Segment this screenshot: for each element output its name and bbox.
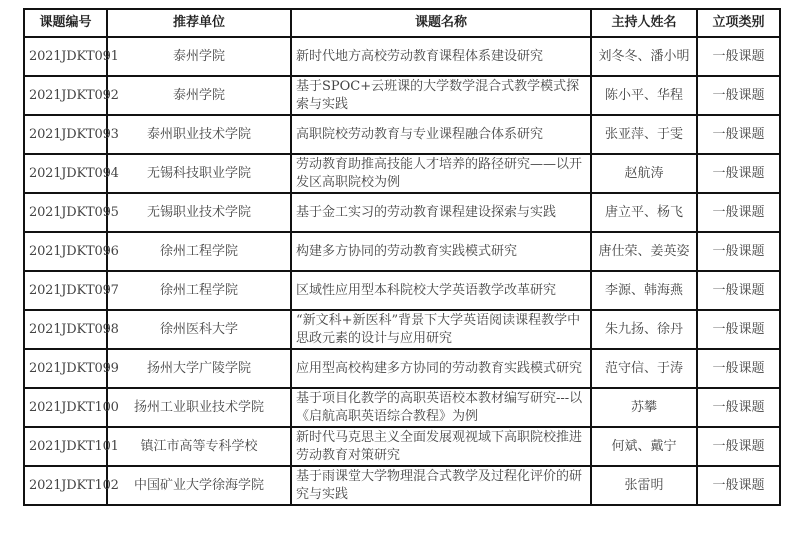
- table-row: 2021JDKT099 扬州大学广陵学院 应用型高校构建多方协同的劳动教育实践模…: [24, 349, 780, 388]
- cell-project-id: 2021JDKT095: [24, 193, 107, 232]
- header-project-title: 课题名称: [291, 9, 591, 37]
- table-row: 2021JDKT092 泰州学院 基于SPOC+云班课的大学数学混合式教学模式探…: [24, 76, 780, 115]
- cell-title: 新时代地方高校劳动教育课程体系建设研究: [291, 37, 591, 76]
- cell-category: 一般课题: [697, 76, 780, 115]
- cell-title: 应用型高校构建多方协同的劳动教育实践模式研究: [291, 349, 591, 388]
- table-row: 2021JDKT093 泰州职业技术学院 高职院校劳动教育与专业课程融合体系研究…: [24, 115, 780, 154]
- cell-project-id: 2021JDKT097: [24, 271, 107, 310]
- cell-project-id: 2021JDKT102: [24, 466, 107, 505]
- cell-project-id: 2021JDKT091: [24, 37, 107, 76]
- cell-host: 朱九扬、徐丹: [591, 310, 697, 349]
- cell-category: 一般课题: [697, 388, 780, 427]
- cell-category: 一般课题: [697, 193, 780, 232]
- cell-host: 何斌、戴宁: [591, 427, 697, 466]
- table-row: 2021JDKT098 徐州医科大学 “新文科+新医科”背景下大学英语阅读课程教…: [24, 310, 780, 349]
- project-table: 课题编号 推荐单位 课题名称 主持人姓名 立项类别 2021JDKT091 泰州…: [23, 8, 781, 506]
- cell-host: 唐仕荣、姜英姿: [591, 232, 697, 271]
- cell-project-id: 2021JDKT098: [24, 310, 107, 349]
- cell-title: 区域性应用型本科院校大学英语教学改革研究: [291, 271, 591, 310]
- cell-project-id: 2021JDKT100: [24, 388, 107, 427]
- table-row: 2021JDKT095 无锡职业技术学院 基于金工实习的劳动教育课程建设探索与实…: [24, 193, 780, 232]
- cell-project-id: 2021JDKT099: [24, 349, 107, 388]
- cell-category: 一般课题: [697, 37, 780, 76]
- cell-category: 一般课题: [697, 271, 780, 310]
- cell-unit: 泰州学院: [107, 76, 291, 115]
- cell-category: 一般课题: [697, 466, 780, 505]
- table-row: 2021JDKT096 徐州工程学院 构建多方协同的劳动教育实践模式研究 唐仕荣…: [24, 232, 780, 271]
- cell-project-id: 2021JDKT101: [24, 427, 107, 466]
- cell-unit: 泰州学院: [107, 37, 291, 76]
- cell-unit: 镇江市高等专科学校: [107, 427, 291, 466]
- cell-host: 张亚萍、于雯: [591, 115, 697, 154]
- table-row: 2021JDKT100 扬州工业职业技术学院 基于项目化教学的高职英语校本教材编…: [24, 388, 780, 427]
- header-project-id: 课题编号: [24, 9, 107, 37]
- header-recommending-unit: 推荐单位: [107, 9, 291, 37]
- header-category: 立项类别: [697, 9, 780, 37]
- cell-category: 一般课题: [697, 310, 780, 349]
- cell-title: 劳动教育助推高技能人才培养的路径研究——以开发区高职院校为例: [291, 154, 591, 193]
- cell-unit: 无锡职业技术学院: [107, 193, 291, 232]
- table-row: 2021JDKT097 徐州工程学院 区域性应用型本科院校大学英语教学改革研究 …: [24, 271, 780, 310]
- cell-unit: 徐州工程学院: [107, 232, 291, 271]
- cell-host: 刘冬冬、潘小明: [591, 37, 697, 76]
- cell-title: 基于雨课堂大学物理混合式教学及过程化评价的研究与实践: [291, 466, 591, 505]
- cell-host: 唐立平、杨飞: [591, 193, 697, 232]
- table-header-row: 课题编号 推荐单位 课题名称 主持人姓名 立项类别: [24, 9, 780, 37]
- cell-unit: 无锡科技职业学院: [107, 154, 291, 193]
- cell-category: 一般课题: [697, 232, 780, 271]
- cell-project-id: 2021JDKT096: [24, 232, 107, 271]
- cell-category: 一般课题: [697, 349, 780, 388]
- table-row: 2021JDKT102 中国矿业大学徐海学院 基于雨课堂大学物理混合式教学及过程…: [24, 466, 780, 505]
- cell-title: 基于项目化教学的高职英语校本教材编写研究---以《启航高职英语综合教程》为例: [291, 388, 591, 427]
- cell-unit: 中国矿业大学徐海学院: [107, 466, 291, 505]
- table-row: 2021JDKT094 无锡科技职业学院 劳动教育助推高技能人才培养的路径研究—…: [24, 154, 780, 193]
- cell-unit: 徐州医科大学: [107, 310, 291, 349]
- cell-title: 基于SPOC+云班课的大学数学混合式教学模式探索与实践: [291, 76, 591, 115]
- cell-host: 张雷明: [591, 466, 697, 505]
- table-row: 2021JDKT091 泰州学院 新时代地方高校劳动教育课程体系建设研究 刘冬冬…: [24, 37, 780, 76]
- header-host-name: 主持人姓名: [591, 9, 697, 37]
- cell-host: 赵航涛: [591, 154, 697, 193]
- cell-project-id: 2021JDKT092: [24, 76, 107, 115]
- cell-category: 一般课题: [697, 115, 780, 154]
- cell-category: 一般课题: [697, 427, 780, 466]
- cell-title: “新文科+新医科”背景下大学英语阅读课程教学中思政元素的设计与应用研究: [291, 310, 591, 349]
- cell-host: 范守信、于涛: [591, 349, 697, 388]
- cell-host: 李源、韩海燕: [591, 271, 697, 310]
- cell-project-id: 2021JDKT093: [24, 115, 107, 154]
- cell-unit: 徐州工程学院: [107, 271, 291, 310]
- cell-title: 高职院校劳动教育与专业课程融合体系研究: [291, 115, 591, 154]
- cell-category: 一般课题: [697, 154, 780, 193]
- table-row: 2021JDKT101 镇江市高等专科学校 新时代马克思主义全面发展观视域下高职…: [24, 427, 780, 466]
- cell-title: 基于金工实习的劳动教育课程建设探索与实践: [291, 193, 591, 232]
- cell-host: 苏攀: [591, 388, 697, 427]
- cell-unit: 泰州职业技术学院: [107, 115, 291, 154]
- cell-unit: 扬州工业职业技术学院: [107, 388, 291, 427]
- cell-project-id: 2021JDKT094: [24, 154, 107, 193]
- cell-unit: 扬州大学广陵学院: [107, 349, 291, 388]
- cell-title: 构建多方协同的劳动教育实践模式研究: [291, 232, 591, 271]
- cell-host: 陈小平、华程: [591, 76, 697, 115]
- cell-title: 新时代马克思主义全面发展观视域下高职院校推进劳动教育对策研究: [291, 427, 591, 466]
